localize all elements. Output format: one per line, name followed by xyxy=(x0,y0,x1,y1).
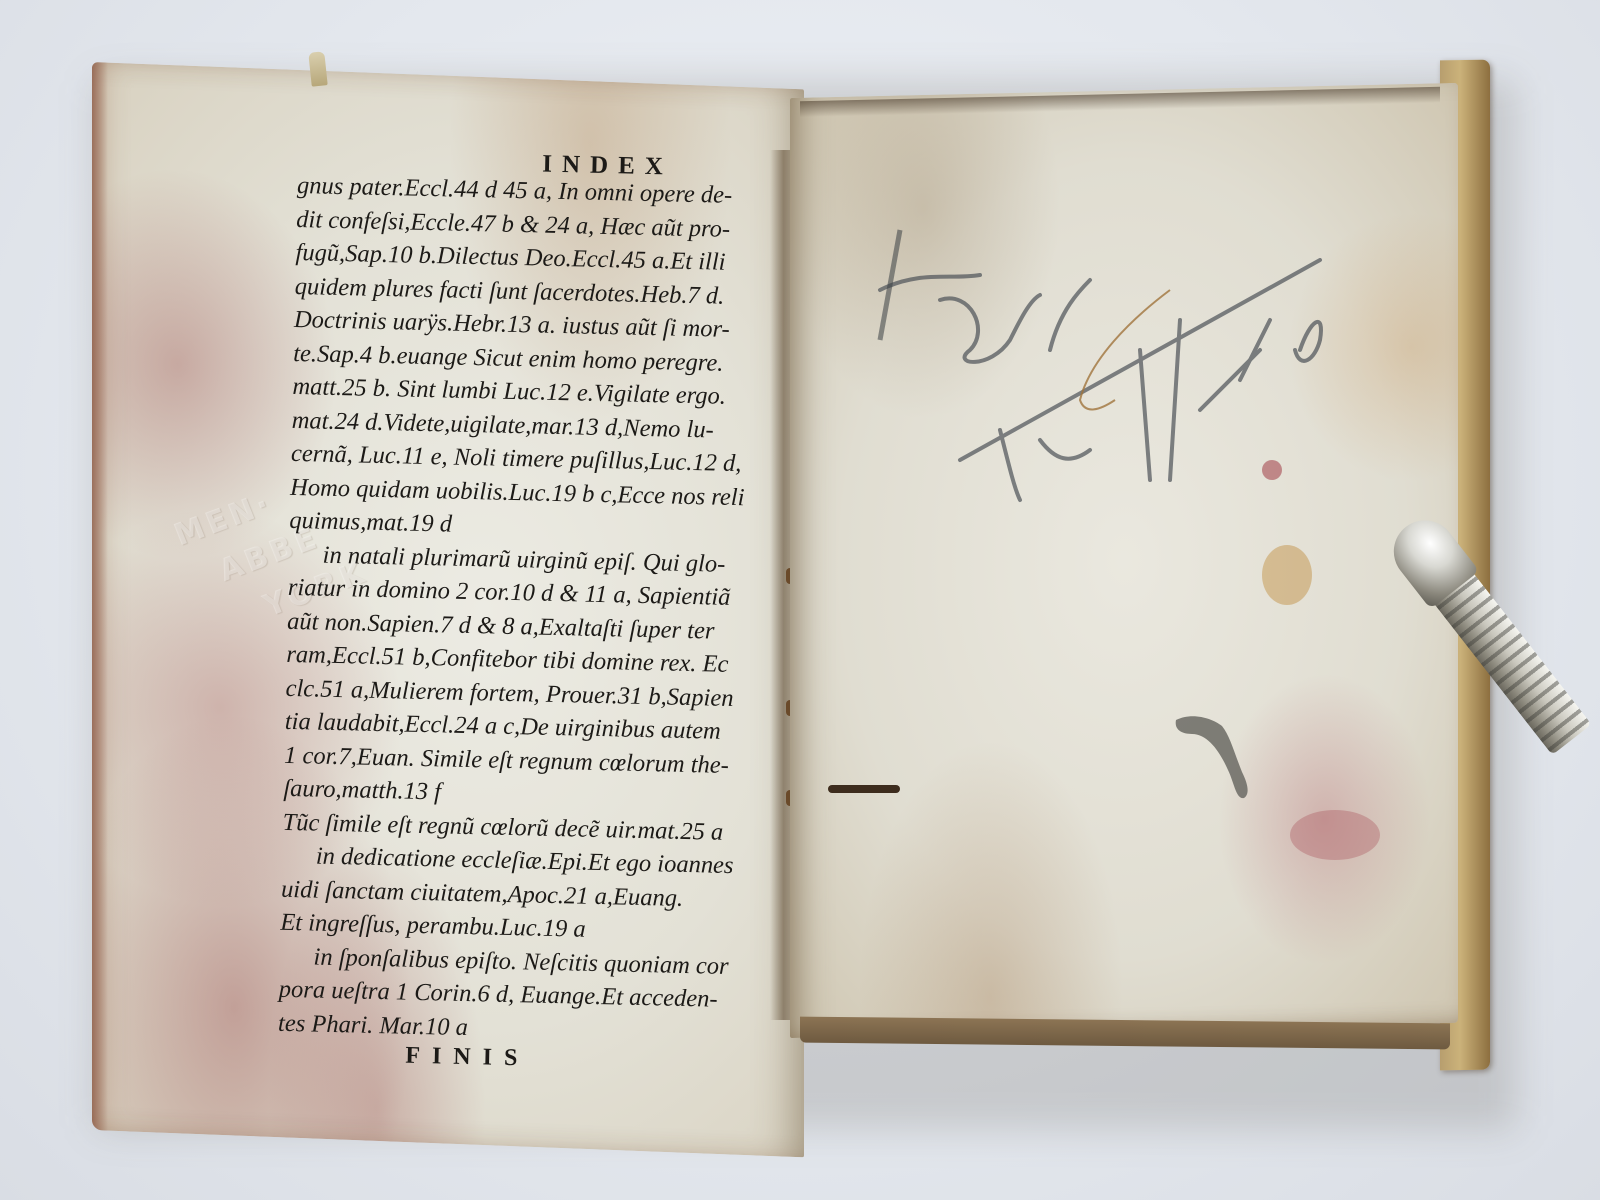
red-stain xyxy=(1262,460,1282,480)
book-photo: MEN· ABBE YORK INDEX gnus pater.Eccl.44 … xyxy=(0,0,1600,1200)
tear-slit xyxy=(828,785,900,793)
red-stain xyxy=(1290,810,1380,860)
binding-thread xyxy=(308,51,327,86)
index-lines: gnus pater.Eccl.44 d 45 a, In omni opere… xyxy=(278,169,768,1050)
index-text-block: INDEX gnus pater.Eccl.44 d 45 a, In omni… xyxy=(277,145,768,1077)
wormhole-damage-icon xyxy=(1172,712,1252,802)
pencil-scrawl-icon xyxy=(840,200,1360,520)
brown-stain xyxy=(1262,545,1312,605)
